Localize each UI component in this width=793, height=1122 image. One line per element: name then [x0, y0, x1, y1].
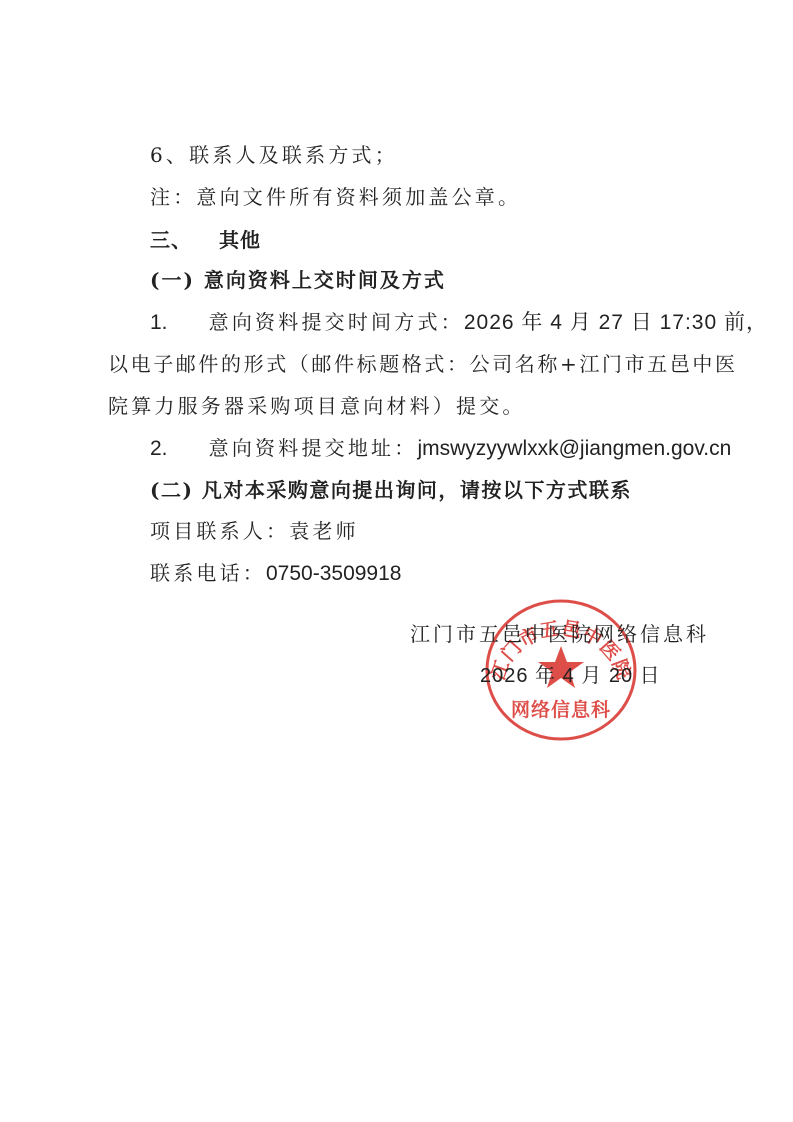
item-1-deadline: 2026 年 4 月 27 日 17:30 前， — [464, 311, 768, 334]
stamp-bottom-text: 网络信息科 — [511, 698, 611, 721]
subsection-2-heading: (二) 凡对本采购意向提出询问，请按以下方式联系 — [150, 476, 632, 504]
item-2-number: 2. — [150, 437, 168, 460]
item-6-text: 6、联系人及联系方式； — [150, 143, 398, 167]
section-3-heading: 三、 其他 — [150, 226, 192, 254]
signature-organization: 江门市五邑中医院网络信息科 — [410, 620, 709, 648]
note-line: 注：意向文件所有资料须加盖公章。 — [150, 183, 521, 211]
phone-number: 0750-3509918 — [266, 562, 401, 585]
contact-phone-line: 联系电话：0750-3509918 — [150, 559, 401, 588]
phone-label: 联系电话： — [150, 561, 266, 585]
item-1-line-2: 以电子邮件的形式（邮件标题格式：公司名称+江门市五邑中医 — [108, 350, 738, 378]
item-1-number: 1. — [150, 311, 168, 334]
subsection-1-heading: (一) 意向资料上交时间及方式 — [150, 266, 446, 294]
contact-person-line: 项目联系人：袁老师 — [150, 517, 359, 545]
item-1-label: 意向资料提交时间方式： — [209, 310, 464, 334]
contact-label: 项目联系人： — [150, 519, 289, 543]
email-address: jmswyzyywlxxk@jiangmen.gov.cn — [417, 437, 731, 460]
note-text: 注：意向文件所有资料须加盖公章。 — [150, 185, 521, 209]
item-2-line: 2. 意向资料提交地址：jmswyzyywlxxk@jiangmen.gov.c… — [150, 434, 731, 463]
item-1-line-3: 院算力服务器采购项目意向材料）提交。 — [108, 392, 526, 420]
section-title: 其他 — [219, 226, 261, 254]
contact-name: 袁老师 — [289, 519, 359, 543]
signature-date: 2026 年 4 月 20 日 — [480, 662, 661, 690]
item-1-line-1: 1. 意向资料提交时间方式：2026 年 4 月 27 日 17:30 前， — [150, 308, 768, 337]
section-number: 三、 — [150, 228, 192, 252]
item-6-contact: 6、联系人及联系方式； — [150, 141, 398, 169]
item-2-label: 意向资料提交地址： — [209, 436, 418, 460]
